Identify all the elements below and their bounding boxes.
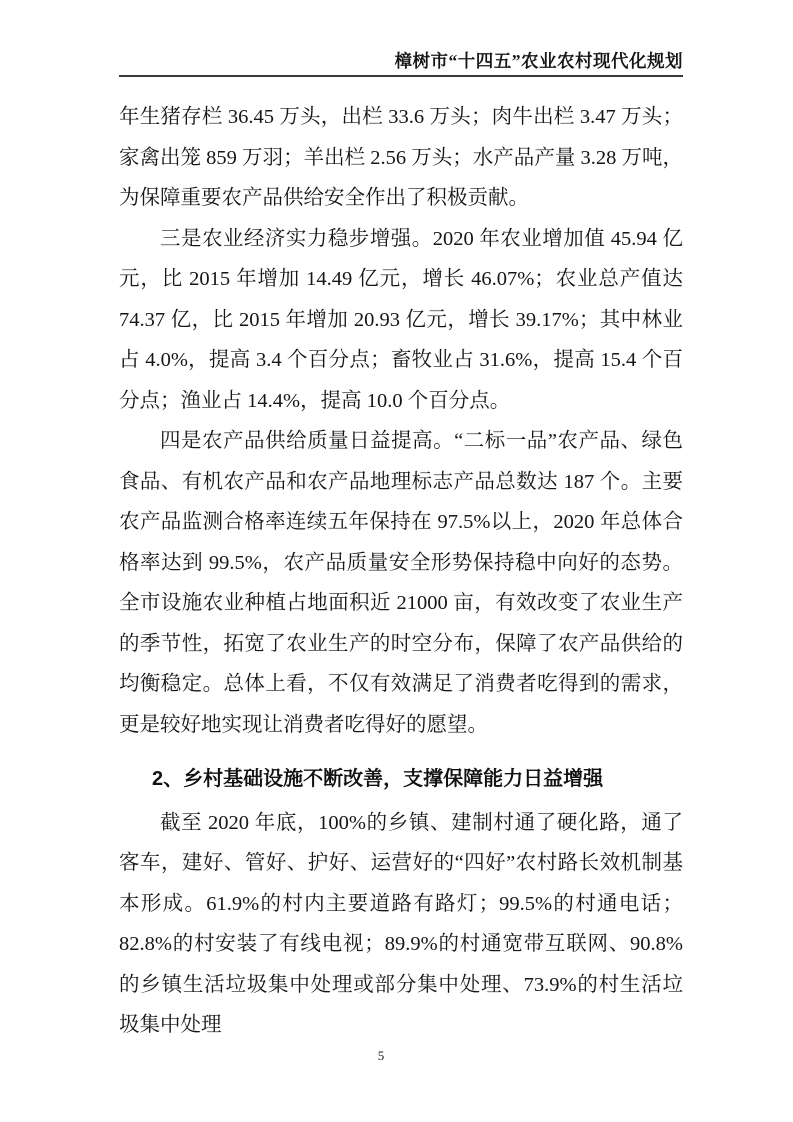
document-page: 樟树市“十四五”农业农村现代化规划 年生猪存栏 36.45 万头，出栏 33.6…	[0, 0, 793, 1122]
document-body: 年生猪存栏 36.45 万头，出栏 33.6 万头；肉牛出栏 3.47 万头；家…	[119, 97, 683, 1046]
paragraph-agricultural-economy: 三是农业经济实力稳步增强。2020 年农业增加值 45.94 亿元，比 2015…	[119, 219, 683, 422]
header-rule	[119, 75, 683, 77]
page-number: 5	[331, 1048, 431, 1064]
paragraph-infrastructure-stats: 截至 2020 年底，100%的乡镇、建制村通了硬化路，通了客车，建好、管好、护…	[119, 803, 683, 1046]
paragraph-product-quality: 四是农产品供给质量日益提高。“二标一品”农产品、绿色食品、有机农产品和农产品地理…	[119, 421, 683, 745]
paragraph-livestock-continuation: 年生猪存栏 36.45 万头，出栏 33.6 万头；肉牛出栏 3.47 万头；家…	[119, 97, 683, 219]
section-heading-rural-infrastructure: 2、乡村基础设施不断改善，支撑保障能力日益增强	[119, 759, 683, 800]
page-header-title: 樟树市“十四五”农业农村现代化规划	[119, 50, 683, 72]
